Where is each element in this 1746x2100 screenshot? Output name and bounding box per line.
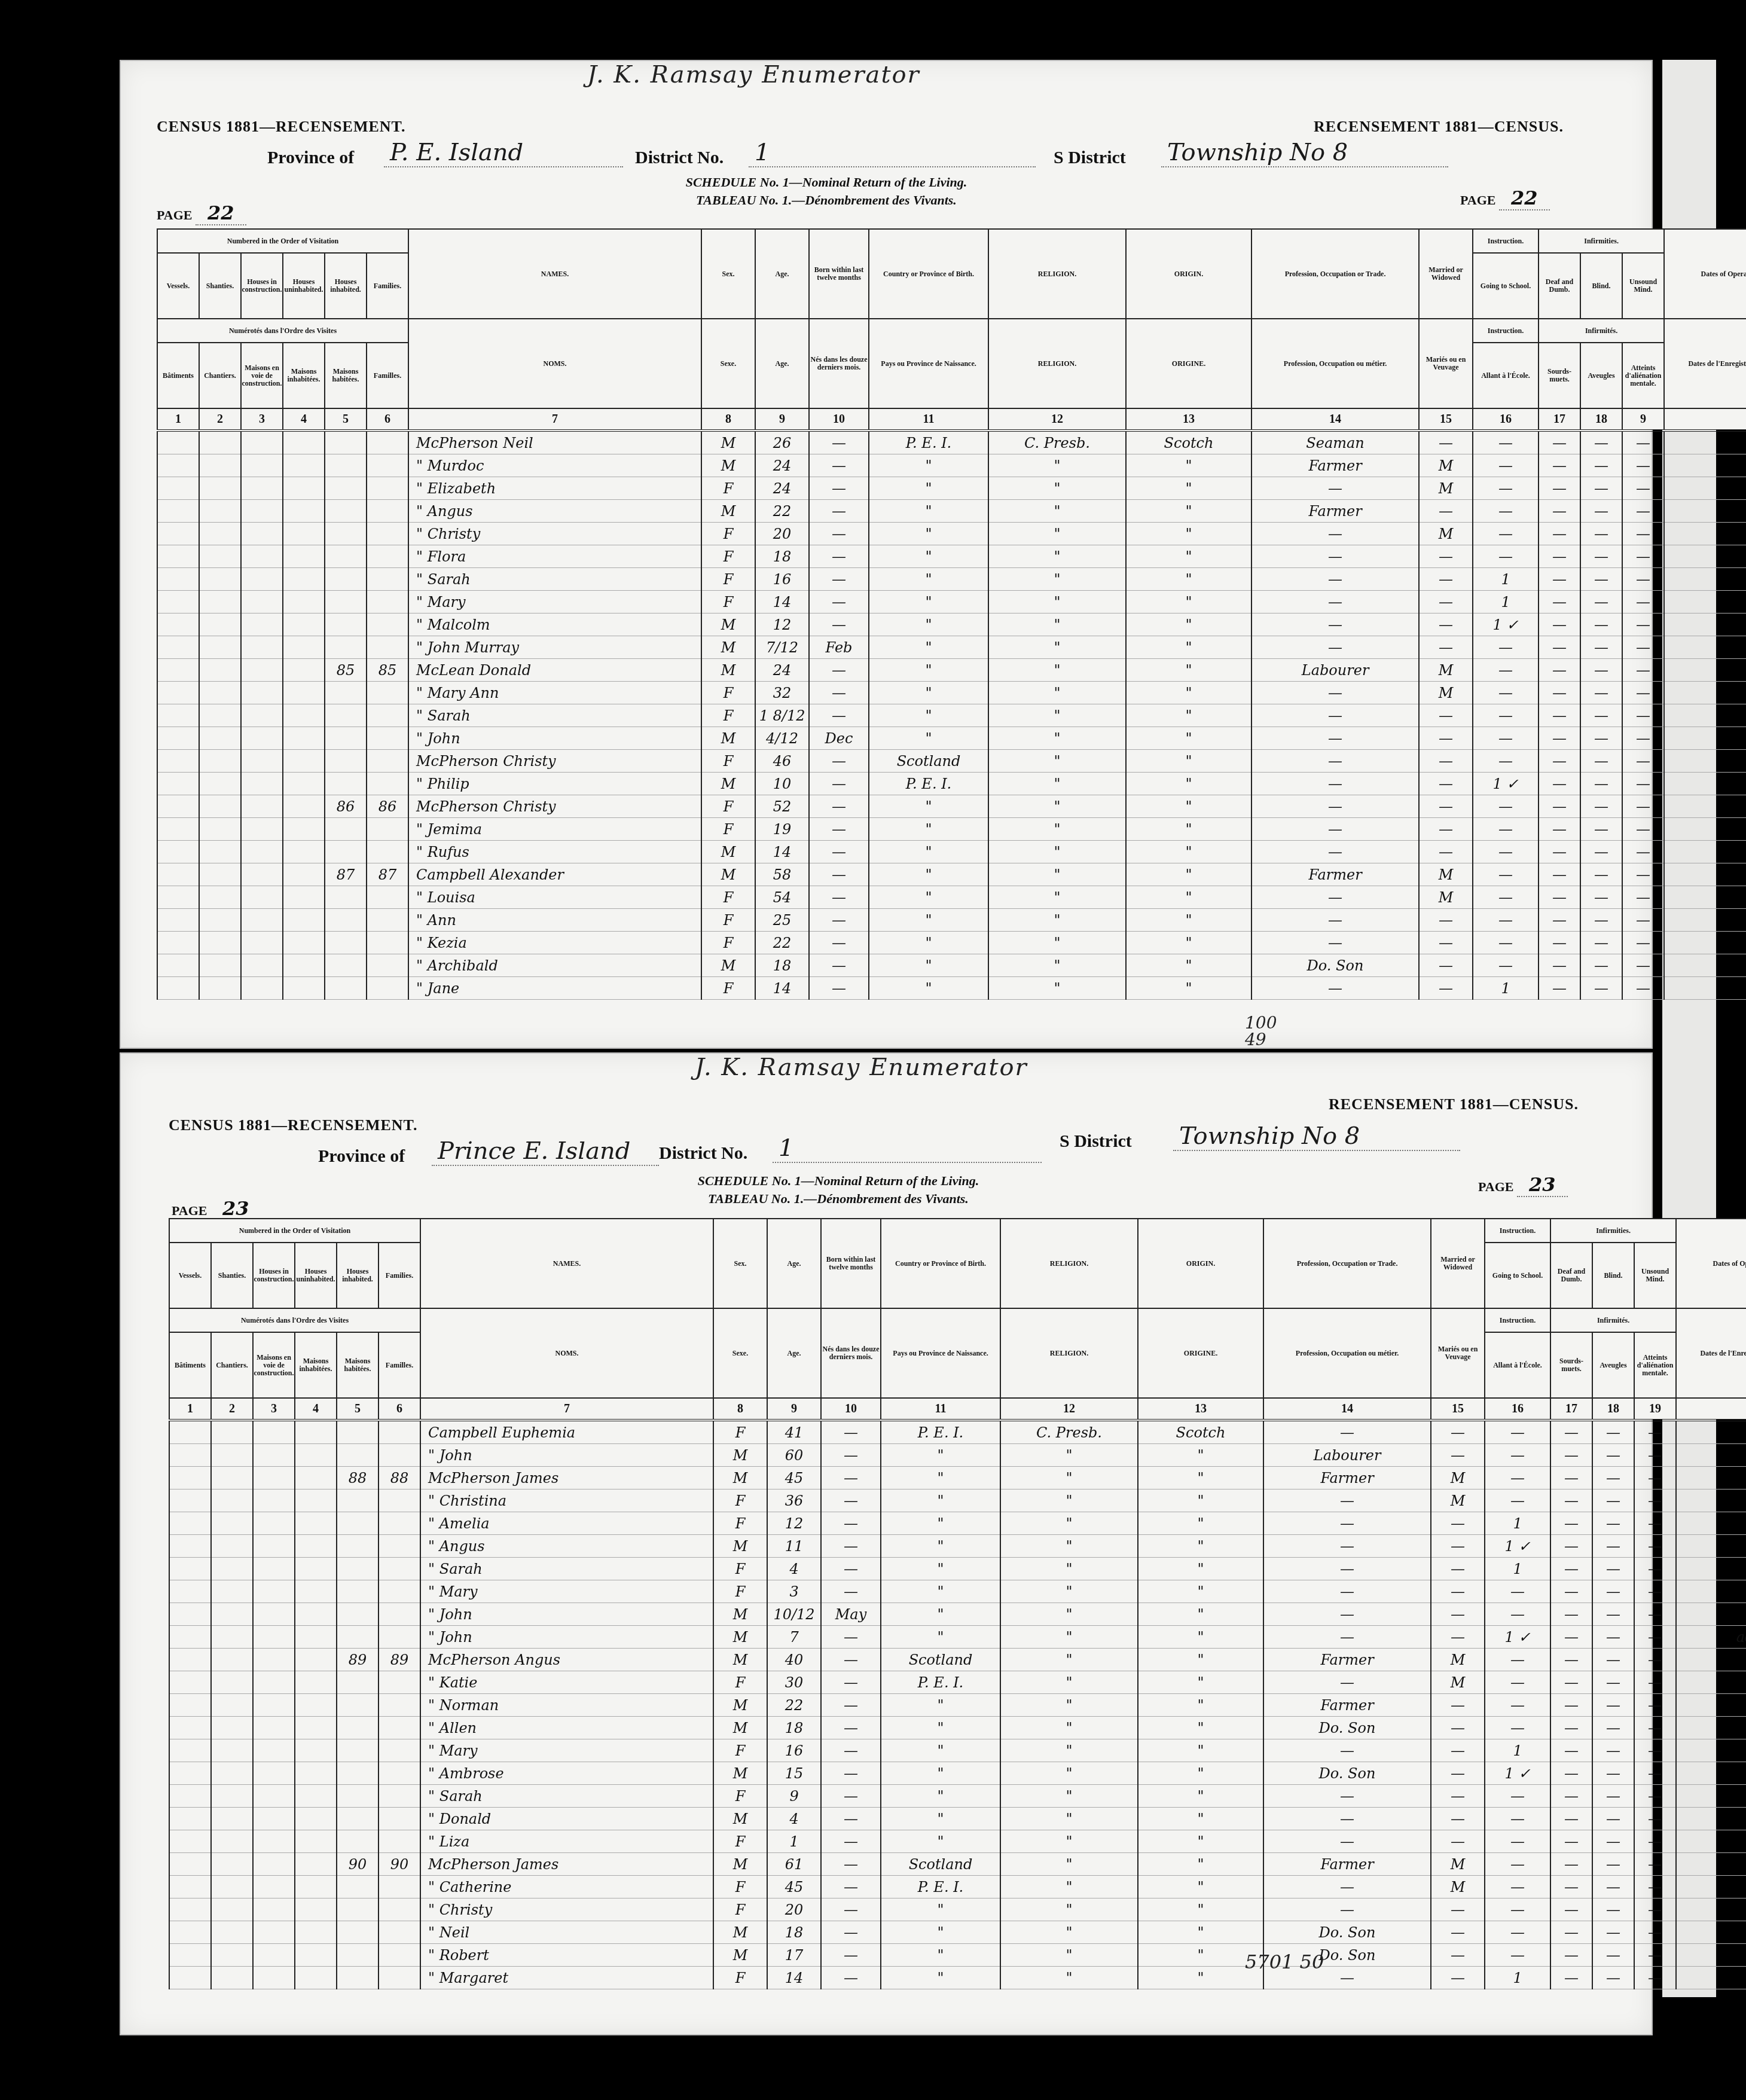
cell-blind[interactable]: — [1592,1739,1634,1762]
cell-remarks[interactable]: — [1664,613,1746,636]
cell-birthplace[interactable]: Scotland [881,1649,1000,1671]
cell-religion[interactable]: " [1000,1808,1138,1830]
cell-family-number[interactable] [378,1694,420,1717]
cell-age[interactable]: 3 [767,1580,821,1603]
cell-origin[interactable]: " [1126,954,1251,977]
cell-origin[interactable]: " [1138,1580,1263,1603]
cell-birthplace[interactable]: Scotland [869,750,988,773]
cell-occupation[interactable]: — [1251,818,1419,841]
cell-religion[interactable]: " [988,773,1126,795]
cell-name[interactable]: " John [420,1603,713,1626]
cell-blind[interactable]: — [1592,1580,1634,1603]
cell-houses-construction[interactable] [253,1876,295,1898]
cell-occupation[interactable]: — [1251,886,1419,909]
cell-unsound-mind[interactable]: — [1634,1420,1676,1444]
cell-blind[interactable]: — [1592,1944,1634,1967]
cell-sex[interactable]: M [701,841,755,863]
cell-houses-construction[interactable] [241,454,283,477]
cell-origin[interactable]: " [1126,636,1251,659]
cell-origin[interactable]: " [1126,568,1251,591]
cell-married[interactable]: M [1431,1853,1485,1876]
cell-unsound-mind[interactable]: — [1634,1785,1676,1808]
cell-deaf-dumb[interactable]: — [1550,1762,1592,1785]
cell-vessels[interactable] [169,1444,211,1467]
cell-born-last-year[interactable]: — [821,1944,881,1967]
cell-name[interactable]: " Christina [420,1489,713,1512]
cell-name[interactable]: " Sarah [420,1558,713,1580]
cell-religion[interactable]: " [988,704,1126,727]
cell-school[interactable]: — [1473,636,1539,659]
cell-birthplace[interactable]: " [881,1489,1000,1512]
cell-deaf-dumb[interactable]: — [1539,477,1580,500]
cell-deaf-dumb[interactable]: — [1539,682,1580,704]
cell-sex[interactable]: M [701,636,755,659]
cell-occupation[interactable]: Do. Son [1263,1921,1431,1944]
cell-origin[interactable]: " [1138,1649,1263,1671]
cell-houses-uninhabited[interactable] [283,636,325,659]
cell-remarks[interactable]: — [1676,1967,1746,1989]
cell-vessels[interactable] [169,1853,211,1876]
cell-remarks[interactable]: — [1664,727,1746,750]
cell-religion[interactable]: " [988,545,1126,568]
cell-family-number[interactable] [367,682,408,704]
cell-school[interactable]: — [1473,545,1539,568]
cell-deaf-dumb[interactable]: — [1550,1444,1592,1467]
cell-deaf-dumb[interactable]: — [1539,454,1580,477]
cell-family-number[interactable] [378,1830,420,1853]
cell-family-number[interactable]: 87 [367,863,408,886]
cell-married[interactable]: — [1431,1762,1485,1785]
cell-deaf-dumb[interactable]: — [1550,1785,1592,1808]
cell-origin[interactable]: " [1138,1603,1263,1626]
cell-age[interactable]: 18 [755,954,809,977]
cell-sex[interactable]: M [701,659,755,682]
cell-deaf-dumb[interactable]: — [1550,1467,1592,1489]
cell-religion[interactable]: " [988,886,1126,909]
cell-religion[interactable]: " [1000,1762,1138,1785]
cell-married[interactable]: — [1419,932,1473,954]
cell-school[interactable]: — [1485,1603,1550,1626]
cell-vessels[interactable] [169,1649,211,1671]
cell-houses-construction[interactable] [253,1898,295,1921]
cell-born-last-year[interactable]: — [809,773,869,795]
cell-birthplace[interactable]: " [869,727,988,750]
cell-houses-construction[interactable] [253,1558,295,1580]
cell-occupation[interactable]: Farmer [1251,454,1419,477]
cell-born-last-year[interactable]: — [809,523,869,545]
cell-blind[interactable]: — [1592,1603,1634,1626]
cell-name[interactable]: McPherson Christy [408,750,701,773]
cell-sex[interactable]: M [701,863,755,886]
cell-origin[interactable]: " [1126,795,1251,818]
cell-sex[interactable]: F [701,523,755,545]
cell-name[interactable]: " Mary [420,1580,713,1603]
cell-born-last-year[interactable]: — [809,750,869,773]
cell-religion[interactable]: " [988,500,1126,523]
cell-unsound-mind[interactable]: — [1634,1967,1676,1989]
cell-born-last-year[interactable]: — [821,1762,881,1785]
cell-name[interactable]: " Sarah [408,704,701,727]
cell-deaf-dumb[interactable]: — [1539,591,1580,613]
cell-sex[interactable]: F [701,477,755,500]
cell-remarks[interactable]: — [1664,863,1746,886]
cell-shanties[interactable] [211,1967,253,1989]
cell-married[interactable]: — [1419,795,1473,818]
cell-age[interactable]: 22 [755,932,809,954]
cell-houses-uninhabited[interactable] [283,750,325,773]
cell-unsound-mind[interactable]: — [1622,704,1664,727]
cell-shanties[interactable] [211,1649,253,1671]
cell-remarks[interactable]: — [1664,477,1746,500]
cell-vessels[interactable] [169,1808,211,1830]
cell-vessels[interactable] [169,1512,211,1535]
cell-school[interactable]: 1 [1485,1512,1550,1535]
cell-vessels[interactable] [157,773,199,795]
cell-origin[interactable]: " [1126,613,1251,636]
cell-married[interactable]: — [1431,1921,1485,1944]
cell-name[interactable]: " Sarah [420,1785,713,1808]
cell-family-number[interactable] [367,500,408,523]
cell-age[interactable]: 7/12 [755,636,809,659]
cell-age[interactable]: 32 [755,682,809,704]
cell-married[interactable]: M [1431,1467,1485,1489]
district-field[interactable]: 1 [749,139,1036,167]
cell-occupation[interactable]: — [1251,750,1419,773]
cell-family-number[interactable] [378,1739,420,1762]
cell-houses-construction[interactable] [253,1853,295,1876]
cell-age[interactable]: 12 [767,1512,821,1535]
cell-married[interactable]: M [1419,863,1473,886]
cell-name[interactable]: " Catherine [420,1876,713,1898]
cell-shanties[interactable] [199,773,241,795]
subdistrict-field[interactable]: Township No 8 [1173,1122,1460,1151]
cell-remarks[interactable]: — [1664,704,1746,727]
cell-age[interactable]: 16 [755,568,809,591]
cell-vessels[interactable] [157,954,199,977]
cell-name[interactable]: Campbell Alexander [408,863,701,886]
cell-unsound-mind[interactable]: — [1634,1444,1676,1467]
cell-religion[interactable]: " [988,909,1126,932]
cell-unsound-mind[interactable]: — [1634,1489,1676,1512]
cell-married[interactable]: — [1431,1558,1485,1580]
cell-age[interactable]: 24 [755,659,809,682]
cell-religion[interactable]: " [988,591,1126,613]
cell-unsound-mind[interactable]: — [1634,1808,1676,1830]
cell-birthplace[interactable]: " [869,613,988,636]
cell-married[interactable]: — [1431,1898,1485,1921]
cell-origin[interactable]: " [1138,1853,1263,1876]
cell-deaf-dumb[interactable]: — [1539,523,1580,545]
cell-occupation[interactable]: Do. Son [1251,954,1419,977]
cell-houses-uninhabited[interactable] [283,977,325,1000]
cell-name[interactable]: " Ambrose [420,1762,713,1785]
cell-age[interactable]: 14 [767,1967,821,1989]
cell-name[interactable]: " John Murray [408,636,701,659]
cell-married[interactable]: — [1431,1535,1485,1558]
cell-origin[interactable]: " [1126,477,1251,500]
cell-deaf-dumb[interactable]: — [1539,704,1580,727]
cell-blind[interactable]: — [1580,886,1622,909]
cell-religion[interactable]: " [1000,1694,1138,1717]
cell-blind[interactable]: — [1580,568,1622,591]
cell-deaf-dumb[interactable]: — [1550,1853,1592,1876]
cell-birthplace[interactable]: " [869,454,988,477]
cell-shanties[interactable] [199,977,241,1000]
cell-shanties[interactable] [199,613,241,636]
cell-house-number[interactable] [337,1535,378,1558]
cell-house-number[interactable]: 88 [337,1467,378,1489]
cell-deaf-dumb[interactable]: — [1550,1967,1592,1989]
cell-remarks[interactable]: — [1664,909,1746,932]
cell-houses-uninhabited[interactable] [283,659,325,682]
cell-unsound-mind[interactable]: — [1634,1739,1676,1762]
cell-occupation[interactable]: Farmer [1263,1694,1431,1717]
cell-vessels[interactable] [157,977,199,1000]
cell-occupation[interactable]: — [1251,477,1419,500]
cell-birthplace[interactable]: " [869,500,988,523]
cell-house-number[interactable] [325,727,367,750]
cell-born-last-year[interactable]: — [821,1853,881,1876]
cell-deaf-dumb[interactable]: — [1539,545,1580,568]
cell-occupation[interactable]: Farmer [1263,1649,1431,1671]
cell-name[interactable]: " Kezia [408,932,701,954]
cell-remarks[interactable]: — [1664,841,1746,863]
cell-born-last-year[interactable]: — [821,1467,881,1489]
cell-school[interactable]: — [1485,1876,1550,1898]
cell-houses-construction[interactable] [241,795,283,818]
cell-houses-construction[interactable] [241,977,283,1000]
cell-name[interactable]: " Murdoc [408,454,701,477]
cell-remarks[interactable]: — [1664,818,1746,841]
cell-family-number[interactable] [367,704,408,727]
cell-house-number[interactable] [325,909,367,932]
cell-origin[interactable]: " [1126,886,1251,909]
cell-birthplace[interactable]: " [869,682,988,704]
cell-house-number[interactable]: 86 [325,795,367,818]
cell-occupation[interactable]: — [1251,773,1419,795]
cell-religion[interactable]: " [1000,1626,1138,1649]
cell-remarks[interactable]: — [1676,1558,1746,1580]
cell-family-number[interactable] [378,1444,420,1467]
cell-birthplace[interactable]: " [881,1535,1000,1558]
cell-birthplace[interactable]: " [869,545,988,568]
cell-houses-uninhabited[interactable] [283,727,325,750]
cell-birthplace[interactable]: " [869,909,988,932]
cell-shanties[interactable] [211,1876,253,1898]
cell-unsound-mind[interactable]: — [1622,545,1664,568]
cell-origin[interactable]: " [1138,1558,1263,1580]
cell-unsound-mind[interactable]: — [1634,1626,1676,1649]
cell-occupation[interactable]: — [1263,1580,1431,1603]
cell-blind[interactable]: — [1580,500,1622,523]
cell-school[interactable]: — [1473,932,1539,954]
cell-blind[interactable]: — [1592,1558,1634,1580]
cell-married[interactable]: — [1431,1830,1485,1853]
cell-houses-construction[interactable] [253,1535,295,1558]
cell-remarks[interactable]: — [1676,1649,1746,1671]
cell-blind[interactable]: — [1592,1808,1634,1830]
cell-married[interactable]: — [1419,500,1473,523]
cell-remarks[interactable]: — [1676,1876,1746,1898]
cell-born-last-year[interactable]: — [821,1898,881,1921]
cell-religion[interactable]: " [988,795,1126,818]
cell-occupation[interactable]: — [1251,795,1419,818]
cell-name[interactable]: " Archibald [408,954,701,977]
cell-houses-construction[interactable] [241,727,283,750]
cell-age[interactable]: 60 [767,1444,821,1467]
cell-sex[interactable]: M [713,1626,767,1649]
cell-sex[interactable]: F [713,1830,767,1853]
province-field[interactable]: Prince E. Island [432,1137,659,1166]
cell-family-number[interactable] [378,1420,420,1444]
cell-shanties[interactable] [199,591,241,613]
cell-born-last-year[interactable]: — [809,704,869,727]
cell-sex[interactable]: F [701,932,755,954]
cell-vessels[interactable] [169,1717,211,1739]
cell-name[interactable]: McPherson James [420,1853,713,1876]
cell-family-number[interactable] [367,909,408,932]
cell-married[interactable]: M [1419,523,1473,545]
cell-born-last-year[interactable]: — [821,1739,881,1762]
cell-origin[interactable]: " [1138,1467,1263,1489]
cell-origin[interactable]: " [1138,1626,1263,1649]
cell-blind[interactable]: — [1592,1762,1634,1785]
cell-family-number[interactable] [378,1762,420,1785]
cell-family-number[interactable] [367,636,408,659]
cell-name[interactable]: " Amelia [420,1512,713,1535]
cell-house-number[interactable] [337,1717,378,1739]
cell-remarks[interactable]: — [1676,1535,1746,1558]
cell-house-number[interactable] [337,1967,378,1989]
cell-family-number[interactable] [367,568,408,591]
cell-deaf-dumb[interactable]: — [1550,1921,1592,1944]
cell-vessels[interactable] [157,500,199,523]
cell-blind[interactable]: — [1592,1967,1634,1989]
cell-school[interactable]: — [1473,500,1539,523]
cell-blind[interactable]: — [1592,1420,1634,1444]
cell-shanties[interactable] [211,1762,253,1785]
cell-deaf-dumb[interactable]: — [1550,1808,1592,1830]
cell-houses-construction[interactable] [253,1649,295,1671]
cell-houses-construction[interactable] [253,1762,295,1785]
cell-sex[interactable]: M [713,1944,767,1967]
cell-age[interactable]: 45 [767,1467,821,1489]
cell-blind[interactable]: — [1592,1876,1634,1898]
cell-birthplace[interactable]: " [881,1762,1000,1785]
cell-school[interactable]: 1 [1485,1739,1550,1762]
cell-unsound-mind[interactable]: — [1622,932,1664,954]
cell-birthplace[interactable]: " [881,1717,1000,1739]
cell-occupation[interactable]: — [1263,1671,1431,1694]
cell-remarks[interactable]: — [1664,954,1746,977]
cell-houses-uninhabited[interactable] [283,909,325,932]
cell-sex[interactable]: F [701,545,755,568]
cell-remarks[interactable]: — [1664,523,1746,545]
cell-name[interactable]: " Allen [420,1717,713,1739]
cell-houses-uninhabited[interactable] [283,704,325,727]
cell-blind[interactable]: — [1592,1853,1634,1876]
cell-origin[interactable]: " [1126,591,1251,613]
cell-born-last-year[interactable]: — [821,1512,881,1535]
cell-birthplace[interactable]: " [881,1444,1000,1467]
cell-born-last-year[interactable]: — [821,1785,881,1808]
cell-school[interactable]: — [1473,818,1539,841]
cell-family-number[interactable] [367,886,408,909]
cell-house-number[interactable] [325,932,367,954]
cell-school[interactable]: — [1485,1694,1550,1717]
cell-unsound-mind[interactable]: — [1622,659,1664,682]
cell-name[interactable]: McPherson James [420,1467,713,1489]
cell-shanties[interactable] [199,500,241,523]
cell-married[interactable]: — [1431,1626,1485,1649]
cell-deaf-dumb[interactable]: — [1550,1830,1592,1853]
cell-married[interactable]: — [1419,545,1473,568]
cell-born-last-year[interactable]: — [809,591,869,613]
cell-remarks[interactable]: — [1664,773,1746,795]
cell-birthplace[interactable]: " [881,1898,1000,1921]
cell-name[interactable]: " Angus [420,1535,713,1558]
province-field[interactable]: P. E. Island [384,139,623,167]
cell-sex[interactable]: F [713,1898,767,1921]
cell-sex[interactable]: F [713,1967,767,1989]
cell-born-last-year[interactable]: — [821,1420,881,1444]
cell-house-number[interactable] [325,886,367,909]
cell-unsound-mind[interactable]: — [1622,863,1664,886]
cell-unsound-mind[interactable]: — [1634,1467,1676,1489]
cell-married[interactable]: — [1431,1603,1485,1626]
cell-blind[interactable]: — [1592,1626,1634,1649]
cell-blind[interactable]: — [1580,545,1622,568]
cell-houses-uninhabited[interactable] [283,886,325,909]
cell-married[interactable]: M [1419,682,1473,704]
cell-born-last-year[interactable]: — [809,886,869,909]
cell-house-number[interactable] [325,500,367,523]
cell-name[interactable]: McPherson Neil [408,431,701,454]
cell-origin[interactable]: " [1126,500,1251,523]
cell-occupation[interactable]: — [1251,909,1419,932]
cell-house-number[interactable] [337,1444,378,1467]
cell-houses-uninhabited[interactable] [295,1558,337,1580]
cell-remarks[interactable]: — [1676,1785,1746,1808]
cell-name[interactable]: " Robert [420,1944,713,1967]
cell-vessels[interactable] [157,932,199,954]
cell-sex[interactable]: F [701,682,755,704]
cell-family-number[interactable] [367,477,408,500]
cell-age[interactable]: 58 [755,863,809,886]
cell-age[interactable]: 52 [755,795,809,818]
cell-deaf-dumb[interactable]: — [1539,659,1580,682]
cell-unsound-mind[interactable]: — [1622,773,1664,795]
cell-unsound-mind[interactable]: — [1622,636,1664,659]
cell-vessels[interactable] [169,1944,211,1967]
cell-age[interactable]: 40 [767,1649,821,1671]
cell-shanties[interactable] [211,1694,253,1717]
cell-married[interactable]: — [1419,773,1473,795]
cell-sex[interactable]: F [713,1489,767,1512]
cell-age[interactable]: 26 [755,431,809,454]
cell-religion[interactable]: " [1000,1898,1138,1921]
cell-houses-uninhabited[interactable] [295,1898,337,1921]
cell-married[interactable]: — [1431,1717,1485,1739]
cell-occupation[interactable]: Farmer [1251,500,1419,523]
cell-school[interactable]: — [1473,431,1539,454]
cell-occupation[interactable]: — [1263,1535,1431,1558]
cell-house-number[interactable] [325,704,367,727]
cell-sex[interactable]: M [701,500,755,523]
cell-origin[interactable]: " [1138,1876,1263,1898]
cell-religion[interactable]: C. Presb. [1000,1420,1138,1444]
cell-houses-uninhabited[interactable] [295,1944,337,1967]
